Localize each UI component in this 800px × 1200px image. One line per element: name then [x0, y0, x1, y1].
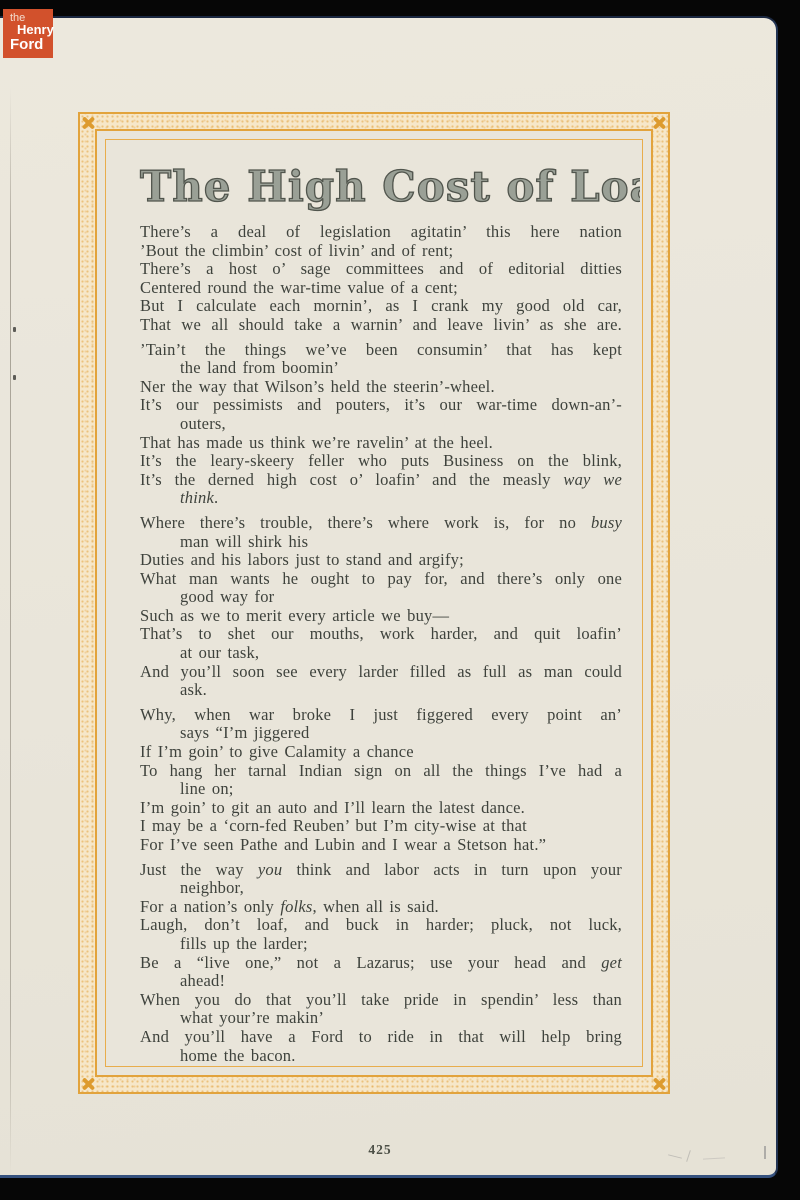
pencil-mark	[668, 1154, 682, 1158]
poem-line: think.	[140, 489, 622, 508]
poem-line-segment: Laugh, don’t loaf, and buck in harder; p…	[140, 915, 622, 934]
decorative-border-frame: The High Cost of Loafing There’s a deal …	[78, 112, 670, 1094]
poem-line: man will shirk his	[140, 533, 622, 552]
poem-line-segment: you	[258, 860, 282, 879]
logo-word-ford: Ford	[10, 36, 43, 53]
poem-line-segment: .	[214, 488, 218, 507]
poem-line: neighbor,	[140, 879, 622, 898]
poem-line-segment: Be a “live one,” not a Lazarus; use your…	[140, 953, 601, 972]
poem-line: Just the way you think and labor acts in…	[140, 861, 622, 880]
poem-line-segment: think and labor acts in turn upon your	[282, 860, 622, 879]
poem-line: Ner the way that Wilson’s held the steer…	[140, 378, 622, 397]
poem-line: Centered round the war-time value of a c…	[140, 279, 622, 298]
page-number: 425	[355, 1142, 405, 1158]
poem-line: Such as we to merit every article we buy…	[140, 607, 622, 626]
poem-line: ’Bout the climbin’ cost of livin’ and of…	[140, 242, 622, 261]
poem-line-segment: Centered round the war-time value of a c…	[140, 278, 458, 297]
poem-line: When you do that you’ll take pride in sp…	[140, 991, 622, 1010]
poem-line: But I calculate each mornin’, as I crank…	[140, 297, 622, 316]
poem-line-segment: Such as we to merit every article we buy…	[140, 606, 449, 625]
poem-line-segment: neighbor,	[180, 878, 244, 897]
poem-line-segment: fills up the larder;	[180, 934, 308, 953]
poem-line: what your’re makin’	[140, 1009, 622, 1028]
poem-line: There’s a deal of legislation agitatin’ …	[140, 223, 622, 242]
poem-line-segment: That’s to shet our mouths, work harder, …	[140, 624, 622, 643]
poem-line-segment: think	[180, 488, 214, 507]
logo-word-henry: Henry	[17, 22, 54, 37]
poem-line: And you’ll have a Ford to ride in that w…	[140, 1028, 622, 1047]
poem-line: That has made us think we’re ravelin’ at…	[140, 434, 622, 453]
poem-line: ’Tain’t the things we’ve been consumin’ …	[140, 341, 622, 360]
corner-cross-ornament-icon	[80, 1075, 97, 1092]
poem-line-segment: That we all should take a warnin’ and le…	[140, 315, 622, 334]
poem-line: It’s the derned high cost o’ loafin’ and…	[140, 471, 622, 490]
poem-line-segment: And you’ll soon see every larder filled …	[140, 662, 622, 681]
poem-title: The High Cost of Loafing	[140, 161, 622, 213]
poem-line-segment: I may be a ‘corn-fed Reuben’ but I’m cit…	[140, 816, 527, 835]
poem-line: at our task,	[140, 644, 622, 663]
poem-line: That’s to shet our mouths, work harder, …	[140, 625, 622, 644]
poem-line-segment: To hang her tarnal Indian sign on all th…	[140, 761, 622, 780]
poem-line: Laugh, don’t loaf, and buck in harder; p…	[140, 916, 622, 935]
poem-line: That we all should take a warnin’ and le…	[140, 316, 622, 335]
poem-line: line on;	[140, 780, 622, 799]
poem-line-segment: What man wants he ought to pay for, and …	[140, 569, 622, 588]
poem-stanza: ’Tain’t the things we’ve been consumin’ …	[140, 341, 622, 508]
poem-line: Where there’s trouble, there’s where wor…	[140, 514, 622, 533]
poem-line: It’s the leary-skeery feller who puts Bu…	[140, 452, 622, 471]
poem-line-segment: For I’ve seen Pathe and Lubin and I wear…	[140, 835, 546, 854]
pencil-mark	[703, 1157, 725, 1159]
poem-content: The High Cost of Loafing There’s a deal …	[108, 142, 640, 1064]
poem-line-segment: For a nation’s only	[140, 897, 280, 916]
poem-line-segment: outers,	[180, 414, 226, 433]
poem-stanza: There’s a deal of legislation agitatin’ …	[140, 223, 622, 335]
poem-line-segment: But I calculate each mornin’, as I crank…	[140, 296, 622, 315]
poem-line-segment: ask.	[180, 680, 207, 699]
poem-line: Why, when war broke I just figgered ever…	[140, 706, 622, 725]
pencil-mark	[764, 1146, 766, 1159]
poem-line-segment: That has made us think we’re ravelin’ at…	[140, 433, 493, 452]
poem-line: And you’ll soon see every larder filled …	[140, 663, 622, 682]
pencil-mark	[686, 1150, 691, 1162]
poem-line-segment: , when all is said.	[313, 897, 439, 916]
poem-line-segment: the land from boomin’	[180, 358, 339, 377]
poem-body: There’s a deal of legislation agitatin’ …	[140, 223, 622, 1064]
poem-line-segment: If I’m goin’ to give Calamity a chance	[140, 742, 414, 761]
poem-line: ahead!	[140, 972, 622, 991]
poem-stanza: Where there’s trouble, there’s where wor…	[140, 514, 622, 700]
poem-line: the land from boomin’	[140, 359, 622, 378]
poem-line-segment: line on;	[180, 779, 234, 798]
poem-line-segment: ’Bout the climbin’ cost of livin’ and of…	[140, 241, 453, 260]
poem-line-segment: ahead!	[180, 971, 225, 990]
poem-line-segment: Just the way	[140, 860, 258, 879]
poem-line-segment: what your’re makin’	[180, 1008, 324, 1027]
poem-line-segment: It’s the leary-skeery feller who puts Bu…	[140, 451, 622, 470]
poem-line: outers,	[140, 415, 622, 434]
poem-line-segment: There’s a deal of legislation agitatin’ …	[140, 222, 622, 241]
poem-line-segment: When you do that you’ll take pride in sp…	[140, 990, 622, 1009]
poem-line-segment: ’Tain’t the things we’ve been consumin’ …	[140, 340, 622, 359]
poem-stanza: Just the way you think and labor acts in…	[140, 861, 622, 1064]
poem-line-segment: Where there’s trouble, there’s where wor…	[140, 513, 591, 532]
poem-line-segment: home the bacon.	[180, 1046, 296, 1064]
poem-line: If I’m goin’ to give Calamity a chance	[140, 743, 622, 762]
poem-line-segment: I’m goin’ to git an auto and I’ll learn …	[140, 798, 525, 817]
poem-line: ask.	[140, 681, 622, 700]
page-fold-line	[10, 88, 11, 1178]
poem-line-segment: get	[601, 953, 622, 972]
poem-line: fills up the larder;	[140, 935, 622, 954]
stipple-border-band: The High Cost of Loafing There’s a deal …	[80, 114, 668, 1092]
innermost-border-line: The High Cost of Loafing There’s a deal …	[105, 139, 643, 1067]
corner-cross-ornament-icon	[651, 114, 668, 131]
poem-stanza: Why, when war broke I just figgered ever…	[140, 706, 622, 855]
poem-line: home the bacon.	[140, 1047, 622, 1064]
poem-line: Duties and his labors just to stand and …	[140, 551, 622, 570]
poem-line-segment: Duties and his labors just to stand and …	[140, 550, 464, 569]
poem-line: I’m goin’ to git an auto and I’ll learn …	[140, 799, 622, 818]
poem-line-segment: Ner the way that Wilson’s held the steer…	[140, 377, 495, 396]
henry-ford-logo: the Henry Ford	[3, 9, 53, 58]
poem-line: For I’ve seen Pathe and Lubin and I wear…	[140, 836, 622, 855]
poem-line-segment: way we	[563, 470, 622, 489]
poem-line: good way for	[140, 588, 622, 607]
poem-line: It’s our pessimists and pouters, it’s ou…	[140, 396, 622, 415]
poem-line-segment: There’s a host o’ sage committees and of…	[140, 259, 622, 278]
poem-line: For a nation’s only folks, when all is s…	[140, 898, 622, 917]
corner-cross-ornament-icon	[651, 1075, 668, 1092]
poem-line-segment: busy	[591, 513, 622, 532]
poem-line-segment: says “I’m jiggered	[180, 723, 309, 742]
poem-line-segment: at our task,	[180, 643, 259, 662]
poem-line: says “I’m jiggered	[140, 724, 622, 743]
poem-line: There’s a host o’ sage committees and of…	[140, 260, 622, 279]
poem-line-segment: Why, when war broke I just figgered ever…	[140, 705, 622, 724]
poem-line-segment: It’s the derned high cost o’ loafin’ and…	[140, 470, 563, 489]
inner-border-box: The High Cost of Loafing There’s a deal …	[95, 129, 653, 1077]
poem-line: Be a “live one,” not a Lazarus; use your…	[140, 954, 622, 973]
poem-line-segment: man will shirk his	[180, 532, 308, 551]
poem-line-segment: folks	[280, 897, 312, 916]
scan-speck	[13, 375, 16, 380]
poem-line-segment: And you’ll have a Ford to ride in that w…	[140, 1027, 622, 1046]
poem-line-segment: It’s our pessimists and pouters, it’s ou…	[140, 395, 622, 414]
poem-line-segment: good way for	[180, 587, 274, 606]
poem-line: What man wants he ought to pay for, and …	[140, 570, 622, 589]
poem-line: I may be a ‘corn-fed Reuben’ but I’m cit…	[140, 817, 622, 836]
scan-speck	[13, 327, 16, 332]
poem-line: To hang her tarnal Indian sign on all th…	[140, 762, 622, 781]
